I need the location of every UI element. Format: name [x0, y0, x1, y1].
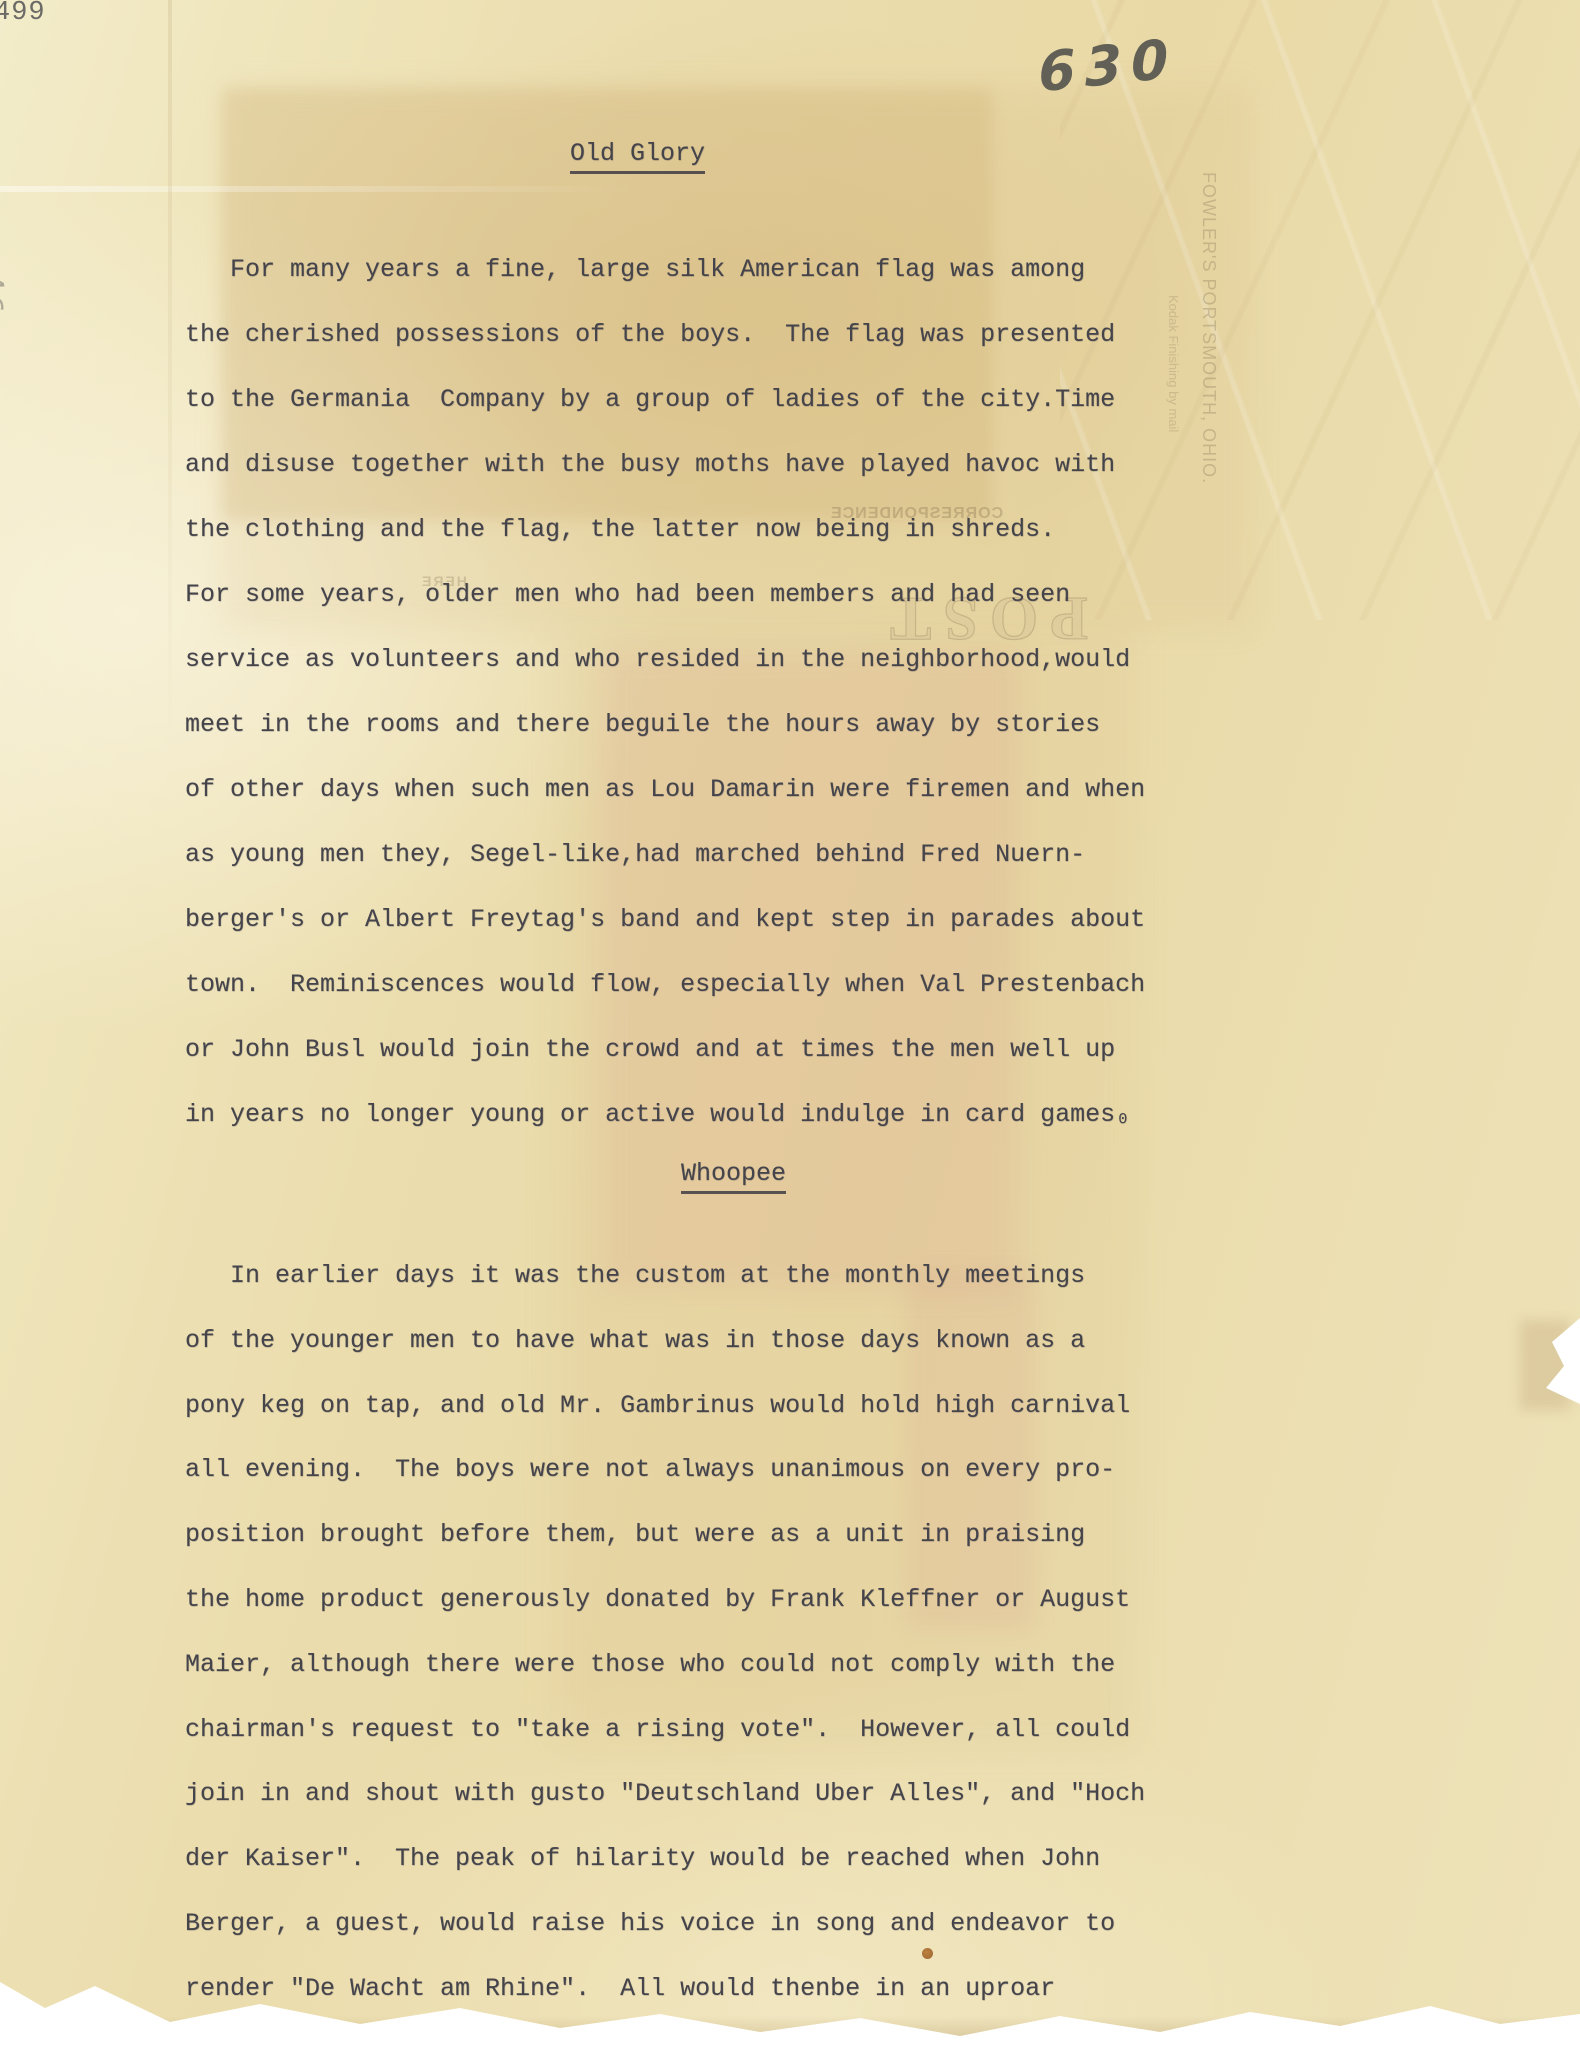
typed-line: the home product generously donated by F… — [185, 1586, 1130, 1616]
typed-line: Berger, a guest, would raise his voice i… — [185, 1910, 1115, 1940]
penciled-catalog-number: 630 — [1037, 27, 1178, 105]
typed-line: the cherished possessions of the boys. T… — [185, 321, 1115, 351]
typed-line: or John Busl would join the crowd and at… — [185, 1036, 1115, 1066]
section-heading-0: Old Glory — [570, 140, 705, 174]
typed-line: der Kaiser". The peak of hilarity would … — [185, 1845, 1100, 1875]
crease-line — [0, 186, 640, 192]
torn-edge-shadow — [0, 2016, 1580, 2038]
typed-line: all evening. The boys were not always un… — [185, 1456, 1115, 1486]
typed-line: meet in the rooms and there beguile the … — [185, 711, 1100, 741]
stain-top-wide — [222, 88, 1252, 628]
typed-line: and disuse together with the busy moths … — [185, 451, 1115, 481]
margin-pencil-mark-upper: x — [0, 52, 2, 100]
typed-line: service as volunteers and who resided in… — [185, 646, 1130, 676]
typed-line: of other days when such men as Lou Damar… — [185, 776, 1145, 806]
typed-line: to the Germania Company by a group of la… — [185, 386, 1115, 416]
typed-line: pony keg on tap, and old Mr. Gambrinus w… — [185, 1392, 1130, 1422]
ink-spot — [922, 1948, 933, 1959]
typed-line: of the younger men to have what was in t… — [185, 1327, 1085, 1357]
crease-vertical — [168, 0, 172, 760]
typed-line: as young men they, Segel-like,had marche… — [185, 841, 1085, 871]
margin-pencil-mark-lower: 344s — [0, 222, 15, 320]
typed-page-number: 499 — [0, 0, 46, 28]
typed-line: the clothing and the flag, the latter no… — [185, 516, 1055, 546]
typed-line: in years no longer young or active would… — [185, 1101, 1130, 1131]
typed-line: chairman's request to "take a rising vot… — [185, 1716, 1130, 1746]
typed-line: Maier, although there were those who cou… — [185, 1651, 1115, 1681]
section-heading-1: Whoopee — [681, 1160, 786, 1194]
torn-notch-shadow — [1520, 1320, 1570, 1410]
typed-line: For many years a fine, large silk Americ… — [185, 256, 1085, 286]
bleedthrough-kodak-text: Kodak Finishing by mail — [1166, 295, 1181, 625]
typed-line: In earlier days it was the custom at the… — [185, 1262, 1085, 1292]
typed-line: town. Reminiscences would flow, especial… — [185, 971, 1145, 1001]
typed-line: render "De Wacht am Rhine". All would th… — [185, 1975, 1055, 2005]
stain-pink-lower — [905, 1270, 1035, 1630]
typed-line: berger's or Albert Freytag's band and ke… — [185, 906, 1145, 936]
typed-line: position brought before them, but were a… — [185, 1521, 1085, 1551]
bleedthrough-studio-text: FOWLER'S PORTSMOUTH, OHIO. — [1198, 172, 1219, 692]
typed-line: join in and shout with gusto "Deutschlan… — [185, 1780, 1145, 1810]
typed-line: For some years, older men who had been m… — [185, 581, 1070, 611]
document-page: FOWLER'S PORTSMOUTH, OHIO. Kodak Finishi… — [0, 0, 1580, 2048]
